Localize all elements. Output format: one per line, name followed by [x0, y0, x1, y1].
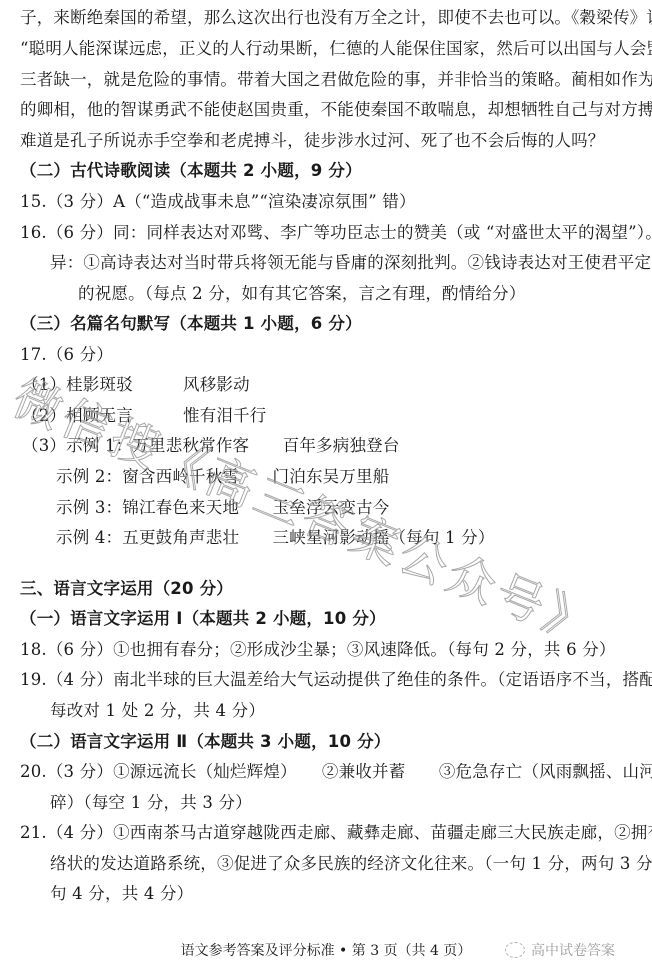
- text-line: 的卿相，他的智谋勇武不能使赵国贵重，不能使秦国不敢喘息，却想牺牲自己与对方搏命，: [20, 99, 642, 121]
- text-line: 难道是孔子所说赤手空拳和老虎搏斗，徒步涉水过河、死了也不会后悔的人吗？: [20, 130, 642, 152]
- text-line: “聪明人能深谋远虑，正义的人行动果断，仁德的人能保住国家，然后可以出国与人会盟”…: [20, 38, 642, 60]
- text-line: 17.（6 分）: [20, 344, 642, 366]
- text-line: 20.（3 分）①源远流长（灿烂辉煌） ②兼收并蓄 ③危急存亡（风雨飘摇、山河破: [20, 761, 642, 783]
- text-line: 三者缺一，就是危险的事情。带着大国之君做危险的事，并非恰当的策略。蔺相如作为赵国: [20, 69, 642, 91]
- text-line: 子，来断绝秦国的希望，那么这次出行也没有万全之计，即使不去也可以。《穀梁传》说：: [20, 7, 642, 29]
- text-line: 16.（6 分）同：同样表达对邓骘、李广等功臣志士的赞美（或 “对盛世太平的渴望…: [20, 222, 642, 244]
- text-line: 句 4 分，共 4 分）: [50, 883, 642, 905]
- text-line: 15.（3 分）A（“造成战事未息”“渲染凄凉氛围” 错）: [20, 191, 642, 213]
- wechat-icon: [505, 942, 525, 958]
- text-line: 21.（4 分）①西南茶马古道穿越陇西走廊、藏彝走廊、苗疆走廊三大民族走廊，②拥…: [20, 822, 642, 844]
- text-line: 异：①高诗表达对当时带兵将领无能与昏庸的深刻批判。②钱诗表达对王使君平定叛乱: [50, 252, 642, 274]
- section-heading: （二）古代诗歌阅读（本题共 2 小题，9 分）: [20, 160, 642, 182]
- text-line: 每改对 1 处 2 分，共 4 分）: [50, 700, 642, 722]
- text-line: 19.（4 分）南北半球的巨大温差给大气运动提供了绝佳的条件。（定语语序不当，搭…: [20, 669, 642, 691]
- section-heading: （二）语言文字运用 Ⅱ（本题共 3 小题，10 分）: [20, 731, 642, 753]
- text-line: 碎）（每空 1 分，共 3 分）: [50, 792, 642, 814]
- text-line: 的祝愿。（每点 2 分，如有其它答案，言之有理，酌情给分）: [78, 283, 642, 305]
- footer-logo: 高中试卷答案: [505, 940, 615, 960]
- section-heading: （三）名篇名句默写（本题共 1 小题，6 分）: [20, 313, 642, 335]
- text-line: （1）桂影斑驳 风移影动: [22, 374, 642, 396]
- text-line: 络状的发达道路系统，③促进了众多民族的经济文化往来。（一句 1 分，两句 3 分…: [50, 853, 642, 875]
- logo-label: 高中试卷答案: [531, 940, 615, 960]
